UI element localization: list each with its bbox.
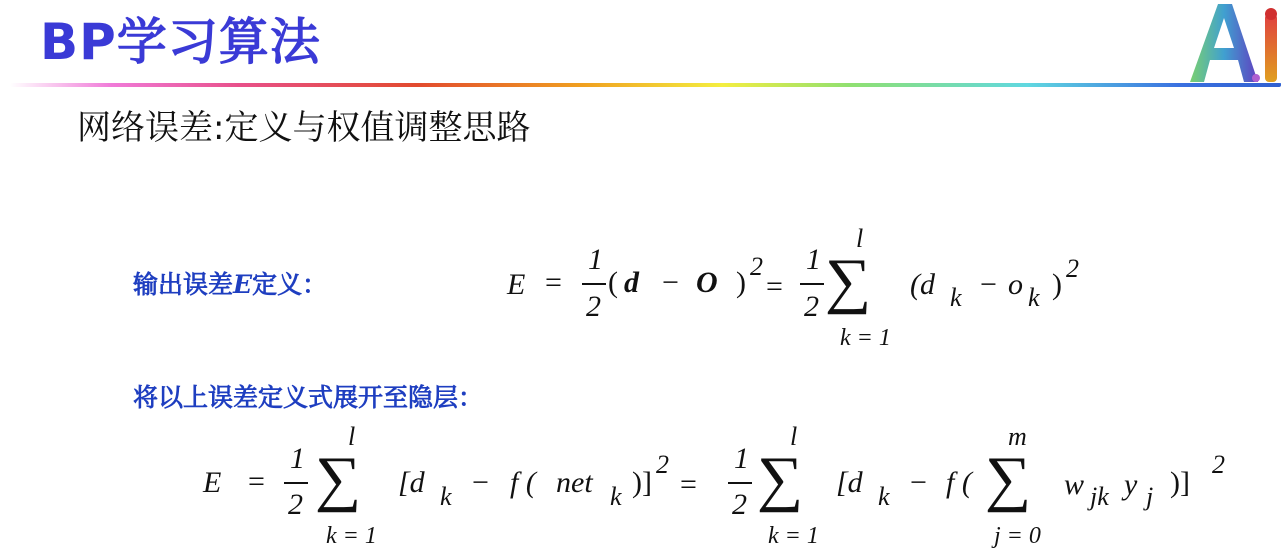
math-symbol: 2 bbox=[804, 292, 819, 322]
math-symbol: = bbox=[680, 470, 697, 500]
math-symbol: 1 bbox=[734, 444, 749, 474]
math-symbol: ( bbox=[608, 268, 618, 298]
math-symbol: − bbox=[980, 270, 997, 300]
math-symbol: 2 bbox=[1212, 452, 1225, 478]
expand-to-hidden-label: 将以上误差定义式展开至隐层： bbox=[133, 378, 483, 414]
math-symbol: )] bbox=[632, 468, 652, 498]
math-symbol: k = 1 bbox=[768, 524, 819, 548]
math-symbol: j bbox=[1146, 484, 1153, 510]
math-symbol: k bbox=[610, 484, 622, 510]
math-symbol: [d bbox=[398, 468, 425, 498]
math-symbol: k bbox=[1028, 285, 1040, 311]
output-error-label: 输出误差E定义： bbox=[133, 265, 327, 301]
math-symbol: f ( bbox=[510, 468, 536, 498]
math-symbol: [d bbox=[836, 468, 863, 498]
math-symbol: 1 bbox=[588, 245, 603, 275]
math-symbol: net bbox=[556, 468, 593, 498]
slide-title: BP学习算法 bbox=[40, 10, 321, 74]
math-symbol: 2 bbox=[288, 490, 303, 520]
label-var: E bbox=[233, 270, 252, 299]
math-symbol: − bbox=[472, 468, 489, 498]
math-symbol: ) bbox=[736, 268, 746, 298]
math-symbol: = bbox=[766, 272, 783, 302]
math-symbol: (d bbox=[910, 270, 935, 300]
math-symbol: )] bbox=[1170, 468, 1190, 498]
math-symbol: = bbox=[545, 268, 562, 298]
math-symbol: k bbox=[440, 484, 452, 510]
title-divider bbox=[10, 83, 1281, 87]
math-symbol: E bbox=[507, 270, 525, 300]
summation-symbol: ∑ bbox=[757, 448, 803, 510]
math-symbol: 2 bbox=[1066, 256, 1079, 282]
summation-symbol: ∑ bbox=[825, 250, 871, 312]
math-symbol: O bbox=[696, 268, 718, 298]
math-symbol: j = 0 bbox=[994, 524, 1041, 548]
fraction-bar bbox=[582, 283, 606, 285]
math-symbol: k = 1 bbox=[326, 524, 377, 548]
math-symbol: w bbox=[1064, 470, 1084, 500]
math-symbol: ) bbox=[1052, 270, 1062, 300]
fraction-bar bbox=[284, 482, 308, 484]
math-symbol: o bbox=[1008, 270, 1023, 300]
summation-symbol: ∑ bbox=[985, 448, 1031, 510]
math-symbol: 2 bbox=[586, 292, 601, 322]
math-symbol: − bbox=[910, 468, 927, 498]
fraction-bar bbox=[728, 482, 752, 484]
slide-subtitle: 网络误差:定义与权值调整思路 bbox=[77, 104, 530, 152]
math-symbol: − bbox=[662, 268, 679, 298]
math-symbol: k = 1 bbox=[840, 326, 891, 350]
summation-symbol: ∑ bbox=[315, 448, 361, 510]
math-symbol: f ( bbox=[946, 468, 972, 498]
math-symbol: k bbox=[950, 285, 962, 311]
math-symbol: y bbox=[1124, 470, 1137, 500]
math-symbol: jk bbox=[1090, 484, 1109, 510]
math-symbol: k bbox=[878, 484, 890, 510]
math-symbol: 2 bbox=[750, 254, 763, 280]
label-text: 输出误差 bbox=[133, 270, 233, 299]
math-symbol: 1 bbox=[290, 444, 305, 474]
math-symbol: E bbox=[203, 468, 221, 498]
math-symbol: 2 bbox=[732, 490, 747, 520]
fraction-bar bbox=[800, 283, 824, 285]
math-symbol: 2 bbox=[656, 452, 669, 478]
math-symbol: 1 bbox=[806, 245, 821, 275]
math-symbol: = bbox=[248, 467, 265, 497]
label-text: 定义： bbox=[252, 270, 327, 299]
math-symbol: d bbox=[624, 268, 639, 298]
